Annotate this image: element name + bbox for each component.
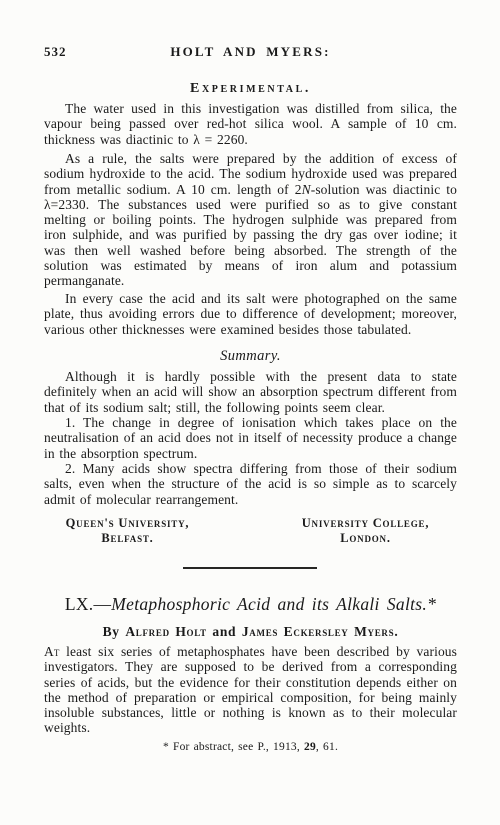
affiliation-institution: University College, xyxy=(283,516,448,531)
affiliation-city: Belfast. xyxy=(60,531,195,546)
section-heading-experimental: Experimental. xyxy=(44,81,457,97)
footnote: * For abstract, see P., 1913, 29, 61. xyxy=(44,741,457,753)
paragraph-summary-intro: Although it is hardly possible with the … xyxy=(44,369,457,415)
running-title: HOLT AND MYERS: xyxy=(44,44,457,60)
paragraph-salts-preparation: As a rule, the salts were prepared by th… xyxy=(44,151,457,289)
section-heading-summary: Summary. xyxy=(44,348,457,365)
affiliation-university-college: University College, London. xyxy=(283,516,448,546)
affiliation-queens-university: Queen's University, Belfast. xyxy=(60,516,195,546)
paragraph-summary-point-2: 2. Many acids show spectra differing fro… xyxy=(44,461,457,507)
paragraph-water-distilled: The water used in this investigation was… xyxy=(44,101,457,147)
page-header: 532 HOLT AND MYERS: xyxy=(44,44,457,61)
journal-page: 532 HOLT AND MYERS: Experimental. The wa… xyxy=(0,0,500,825)
article-title: LX.—Metaphosphoric Acid and its Alkali S… xyxy=(44,594,457,615)
paragraph-photographed-same-plate: In every case the acid and its salt were… xyxy=(44,291,457,337)
paragraph-article-opening: At least six series of metaphosphates ha… xyxy=(44,644,457,736)
article-byline: By Alfred Holt and James Eckersley Myers… xyxy=(44,624,457,640)
section-divider-rule xyxy=(183,567,317,569)
affiliation-institution: Queen's University, xyxy=(60,516,195,531)
paragraph-summary-point-1: 1. The change in degree of ionisation wh… xyxy=(44,415,457,461)
affiliation-city: London. xyxy=(283,531,448,546)
